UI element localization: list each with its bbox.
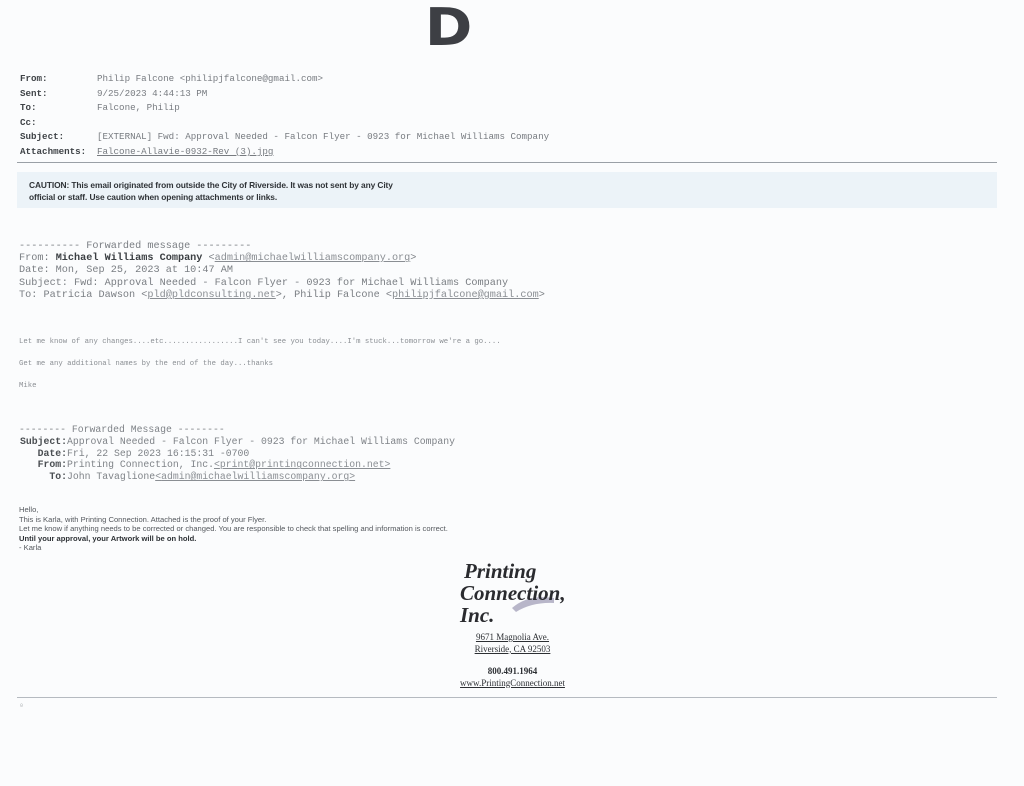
message-line: Let me know if anything needs to be corr… [19, 524, 448, 534]
from-prefix: From: [19, 253, 56, 264]
from-label: From: [19, 459, 67, 471]
subject-label: Subject: [19, 436, 67, 448]
message-line: Get me any additional names by the end o… [19, 360, 501, 382]
from-label: From: [20, 72, 97, 87]
forwarded-to-row: To: John Tavaglione <admin@michaelwillia… [19, 471, 455, 483]
forwarded-separator: -------- Forwarded Message -------- [19, 424, 455, 436]
hold-notice: Until your approval, your Artwork will b… [19, 534, 448, 544]
to-label: To: [19, 471, 67, 483]
header-to-row: To: Falcone, Philip [20, 101, 549, 116]
message-signature: Mike [19, 382, 501, 404]
to-middle: , Philip Falcone [282, 290, 386, 301]
forwarded-date-line: Date: Mon, Sep 25, 2023 at 10:47 AM [19, 265, 545, 277]
subject-value: [EXTERNAL] Fwd: Approval Needed - Falcon… [97, 130, 549, 145]
forwarded-to-line: To: Patricia Dawson <pld@pldconsulting.n… [19, 290, 545, 302]
logo-text-line-2: Connection, [460, 581, 566, 605]
page-exhibit-mark: D [425, 2, 472, 54]
attachment-link[interactable]: Falcone-Allavie-0932-Rev (3).jpg [97, 145, 273, 160]
sent-label: Sent: [20, 87, 97, 102]
caution-text: CAUTION: This email originated from outs… [29, 179, 409, 203]
subject-label: Subject: [20, 130, 97, 145]
caution-banner: CAUTION: This email originated from outs… [17, 172, 997, 208]
to-email-link[interactable]: <admin@michaelwilliamscompany.org> [155, 471, 355, 483]
message-line: This is Karla, with Printing Connection.… [19, 515, 448, 525]
from-email-link[interactable]: <print@printingconnection.net> [214, 459, 390, 471]
email-header: From: Philip Falcone <philipjfalcone@gma… [20, 72, 549, 160]
forwarded-subject-line: Subject: Fwd: Approval Needed - Falcon F… [19, 278, 545, 290]
from-name: Michael Williams Company [56, 253, 203, 264]
printing-connection-logo: Printing Connection, Inc. [450, 556, 580, 626]
address-line-2: Riverside, CA 92503 [430, 644, 595, 656]
header-cc-row: Cc: [20, 116, 549, 131]
forwarded-subject-row: Subject: Approval Needed - Falcon Flyer … [19, 436, 455, 448]
date-label: Date: [19, 448, 67, 460]
message-body-1: Let me know of any changes....etc.......… [19, 338, 501, 404]
to-prefix: To: Patricia Dawson [19, 290, 141, 301]
footer-divider [17, 697, 997, 698]
date-value: Fri, 22 Sep 2023 16:15:31 -0700 [67, 448, 249, 460]
greeting: Hello, [19, 505, 448, 515]
to-email-link-1[interactable]: pld@pldconsulting.net [147, 290, 275, 301]
sent-value: 9/25/2023 4:44:13 PM [97, 87, 207, 102]
from-value: Printing Connection, Inc. [67, 459, 214, 471]
header-subject-row: Subject: [EXTERNAL] Fwd: Approval Needed… [20, 130, 549, 145]
forwarded-from-row: From: Printing Connection, Inc. <print@p… [19, 459, 455, 471]
to-label: To: [20, 101, 97, 116]
message-signature: - Karla [19, 543, 448, 553]
footer-mark: 0 [20, 703, 23, 709]
to-value: Falcone, Philip [97, 101, 180, 116]
phone-number: 800.491.1964 [430, 666, 595, 678]
from-value: Philip Falcone <philipjfalcone@gmail.com… [97, 72, 323, 87]
attachments-label: Attachments: [20, 145, 97, 160]
header-divider [17, 162, 997, 163]
message-line: Let me know of any changes....etc.......… [19, 338, 501, 360]
forwarded-message-1: ---------- Forwarded message --------- F… [19, 241, 545, 302]
message-body-2: Hello, This is Karla, with Printing Conn… [19, 505, 448, 553]
to-email-link-2[interactable]: philipjfalcone@gmail.com [392, 290, 539, 301]
header-from-row: From: Philip Falcone <philipjfalcone@gma… [20, 72, 549, 87]
logo-text-line-3: Inc. [459, 603, 494, 626]
from-email-link[interactable]: admin@michaelwilliamscompany.org [215, 253, 411, 264]
website-link[interactable]: www.PrintingConnection.net [430, 678, 595, 690]
header-attachments-row: Attachments: Falcone-Allavie-0932-Rev (3… [20, 145, 549, 160]
cc-label: Cc: [20, 116, 97, 131]
address-line-1: 9671 Magnolia Ave. [430, 632, 595, 644]
forwarded-separator: ---------- Forwarded message --------- [19, 241, 545, 253]
forwarded-date-row: Date: Fri, 22 Sep 2023 16:15:31 -0700 [19, 448, 455, 460]
forwarded-from-line: From: Michael Williams Company <admin@mi… [19, 253, 545, 265]
forwarded-message-2: -------- Forwarded Message -------- Subj… [19, 424, 455, 483]
subject-value: Approval Needed - Falcon Flyer - 0923 fo… [67, 436, 455, 448]
to-value: John Tavaglione [67, 471, 155, 483]
signature-address-block: 9671 Magnolia Ave. Riverside, CA 92503 8… [430, 632, 595, 689]
header-sent-row: Sent: 9/25/2023 4:44:13 PM [20, 87, 549, 102]
logo-text-line-1: Printing [463, 559, 536, 583]
